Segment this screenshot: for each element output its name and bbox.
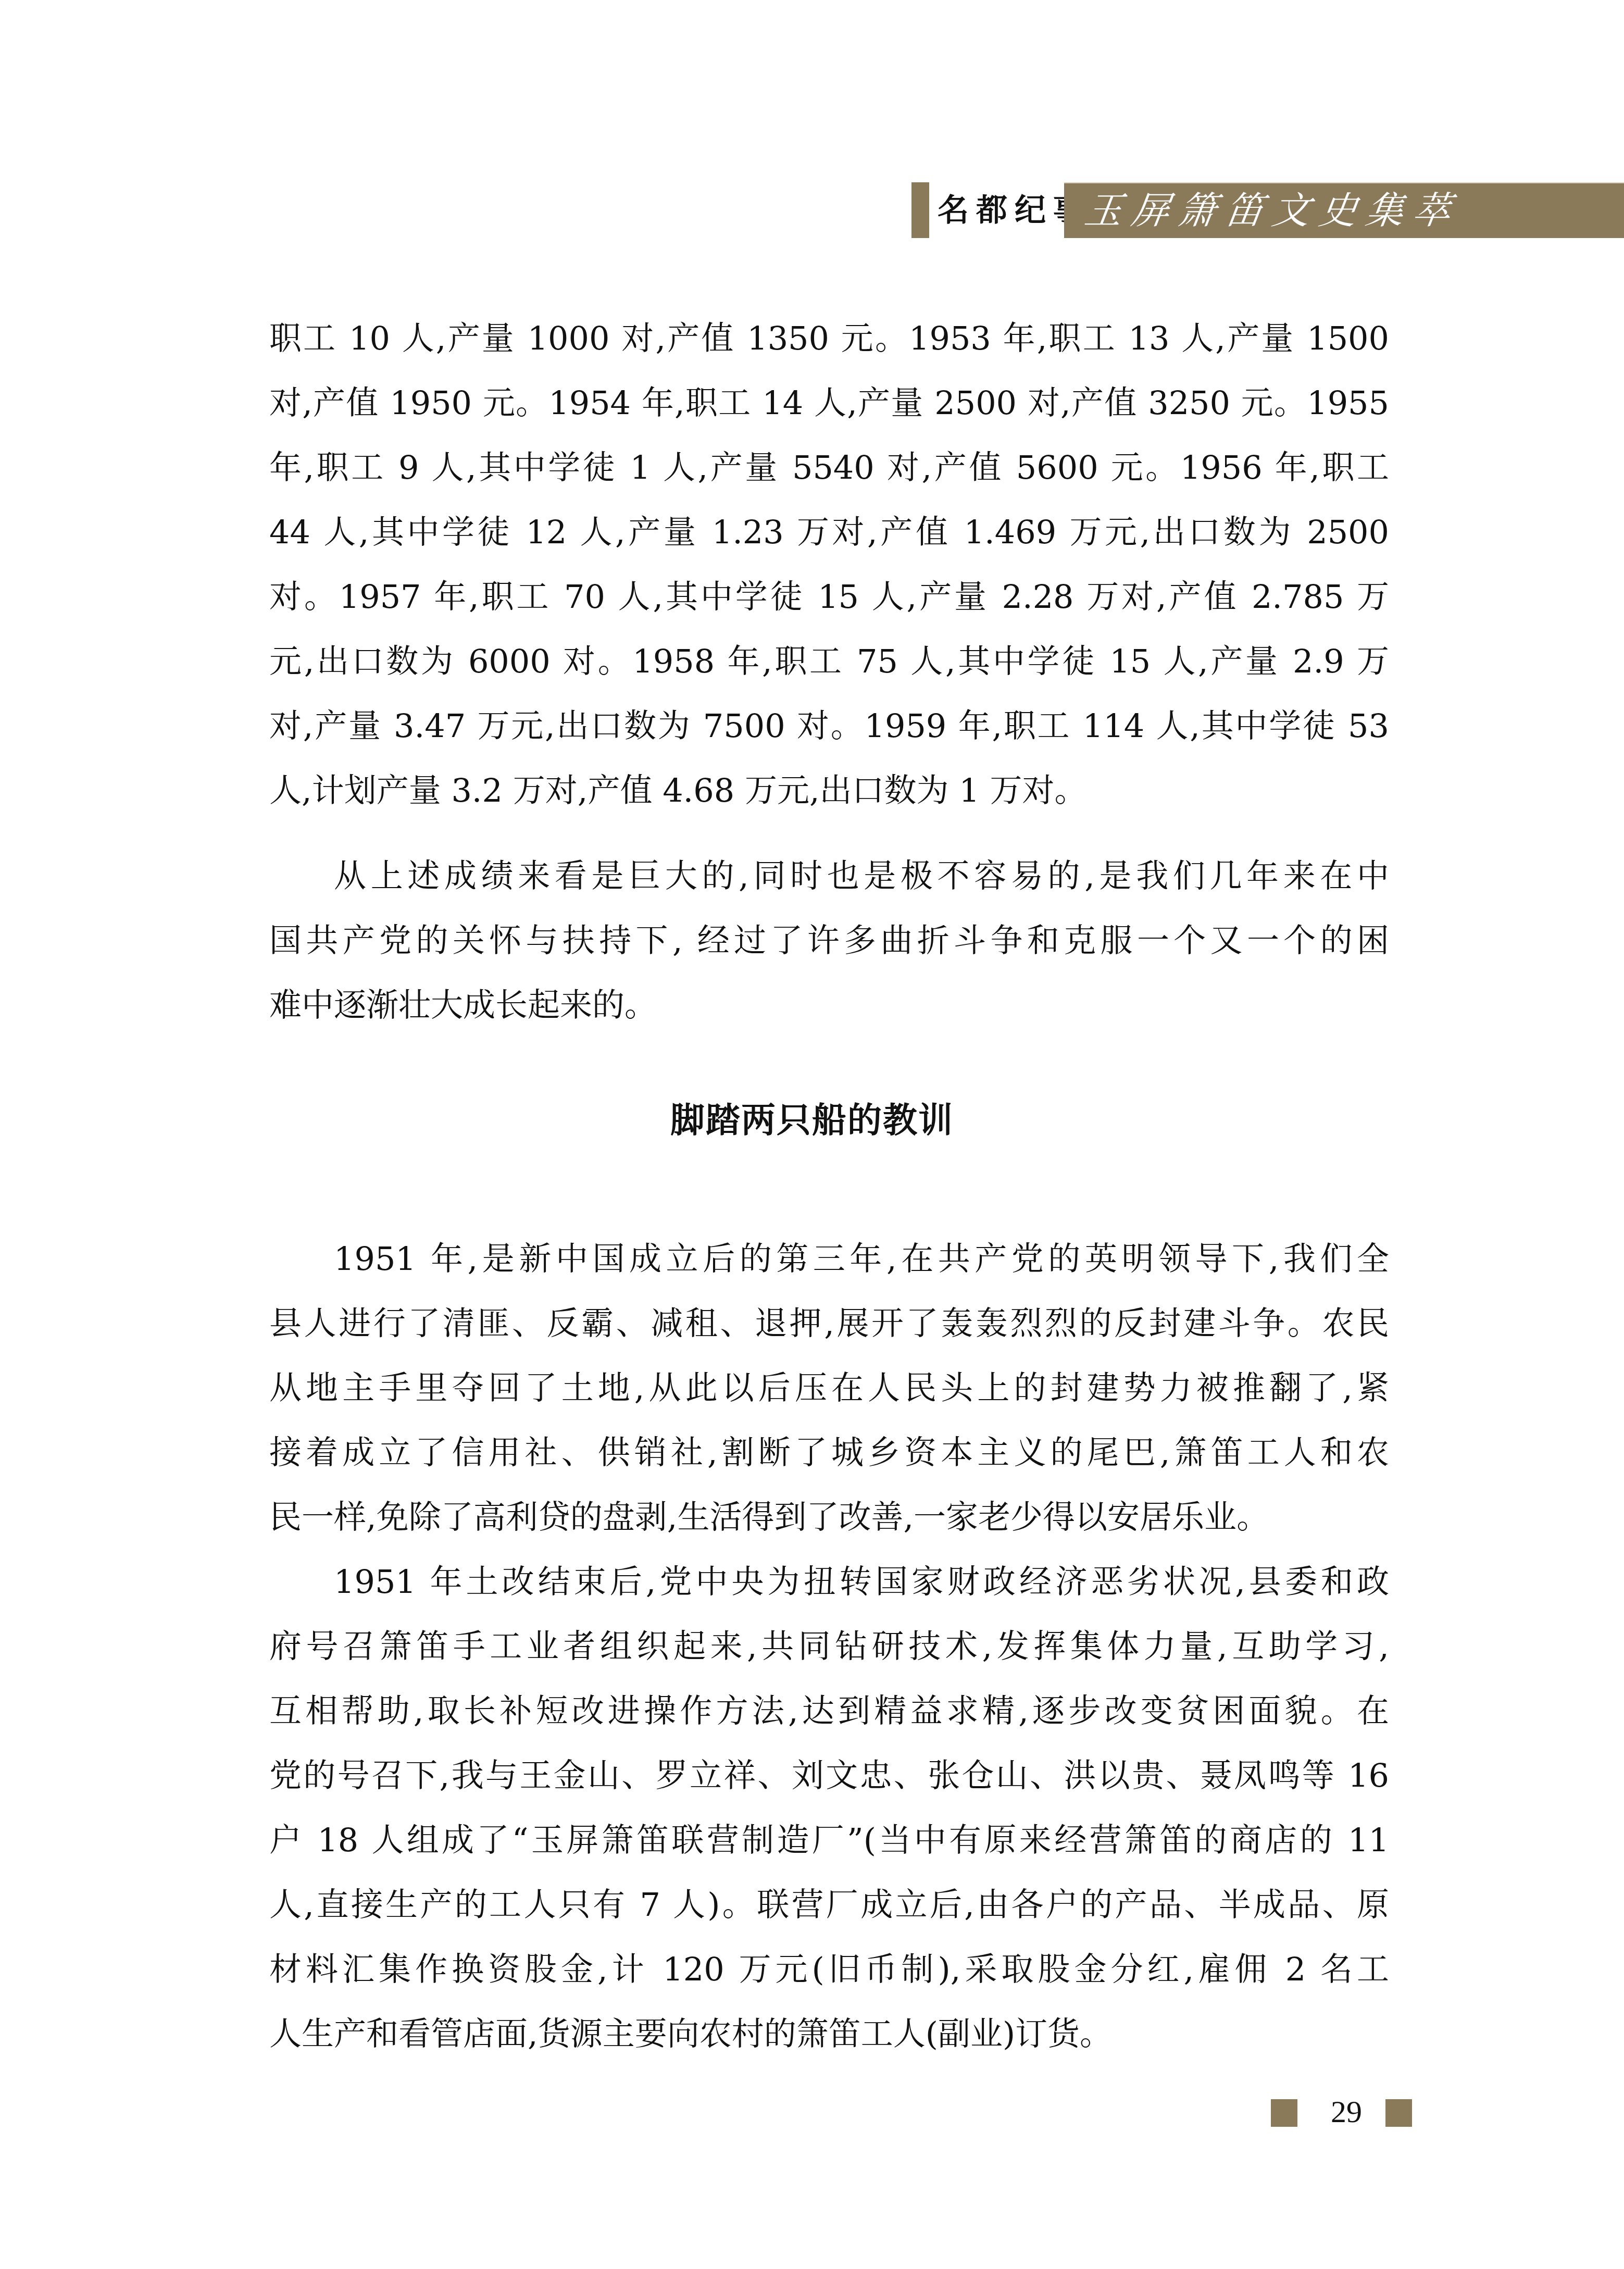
text-line: 互相帮助,取长补短改进操作方法,达到精益求精,逐步改变贫困面貌。在 [269,1679,1389,1743]
text-line: 对,产量 3.47 万元,出口数为 7500 对。1959 年,职工 114 人… [269,694,1389,758]
text-line: 人,计划产量 3.2 万对,产值 4.68 万元,出口数为 1 万对。 [269,758,1389,823]
text-line: 民一样,免除了高利贷的盘剥,生活得到了改善,一家老少得以安居乐业。 [269,1485,1389,1550]
text-line: 人,直接生产的工人只有 7 人)。联营厂成立后,由各户的产品、半成品、原 [269,1873,1389,1937]
text-line: 材料汇集作换资股金,计 120 万元(旧币制),采取股金分红,雇佣 2 名工 [269,1937,1389,2002]
text-line: 户 18 人组成了“玉屏箫笛联营制造厂”(当中有原来经营箫笛的商店的 11 [269,1808,1389,1873]
page-footer: 29 [1271,2097,1417,2128]
text-line: 职工 10 人,产量 1000 对,产值 1350 元。1953 年,职工 13… [269,306,1389,371]
square-ornament-icon [1271,2099,1297,2127]
text-line: 县人进行了清匪、反霸、减租、退押,展开了轰轰烈烈的反封建斗争。农民 [269,1291,1389,1356]
text-line: 人生产和看管店面,货源主要向农村的箫笛工人(副业)订货。 [269,2002,1389,2066]
text-line: 对。1957 年,职工 70 人,其中学徒 15 人,产量 2.28 万对,产值… [269,565,1389,629]
text-line: 对,产值 1950 元。1954 年,职工 14 人,产量 2500 对,产值 … [269,371,1389,435]
header-banner: 玉屏箫笛文史集萃 [1064,182,1624,238]
text-line: 元,出口数为 6000 对。1958 年,职工 75 人,其中学徒 15 人,产… [269,629,1389,694]
text-line: 从上述成绩来看是巨大的,同时也是极不容易的,是我们几年来在中 [269,844,1389,908]
section-heading: 脚踏两只船的教训 [0,1094,1624,1146]
square-ornament-icon [1385,2099,1412,2127]
text-line: 府号召箫笛手工业者组织起来,共同钻研技术,发挥集体力量,互助学习, [269,1614,1389,1679]
text-line: 从地主手里夺回了土地,从此以后压在人民头上的封建势力被推翻了,紧 [269,1356,1389,1420]
text-line: 接着成立了信用社、供销社,割断了城乡资本主义的尾巴,箫笛工人和农 [269,1420,1389,1485]
text-line: 难中逐渐壮大成长起来的。 [269,973,1389,1038]
text-line: 国共产党的关怀与扶持下, 经过了许多曲折斗争和克服一个又一个的困 [269,908,1389,973]
text-line: 1951 年,是新中国成立后的第三年,在共产党的英明领导下,我们全 [269,1227,1389,1291]
page-number: 29 [1318,2093,1375,2130]
header-book-title: 玉屏箫笛文史集萃 [1081,183,1464,238]
header-accent-bar [911,182,929,238]
text-line: 1951 年土改结束后,党中央为扭转国家财政经济恶劣状况,县委和政 [269,1550,1389,1614]
text-line: 年,职工 9 人,其中学徒 1 人,产量 5540 对,产值 5600 元。19… [269,435,1389,500]
text-line: 党的号召下,我与王金山、罗立祥、刘文忠、张仓山、洪以贵、聂凤鸣等 16 [269,1743,1389,1808]
text-line: 44 人,其中学徒 12 人,产量 1.23 万对,产值 1.469 万元,出口… [269,500,1389,565]
